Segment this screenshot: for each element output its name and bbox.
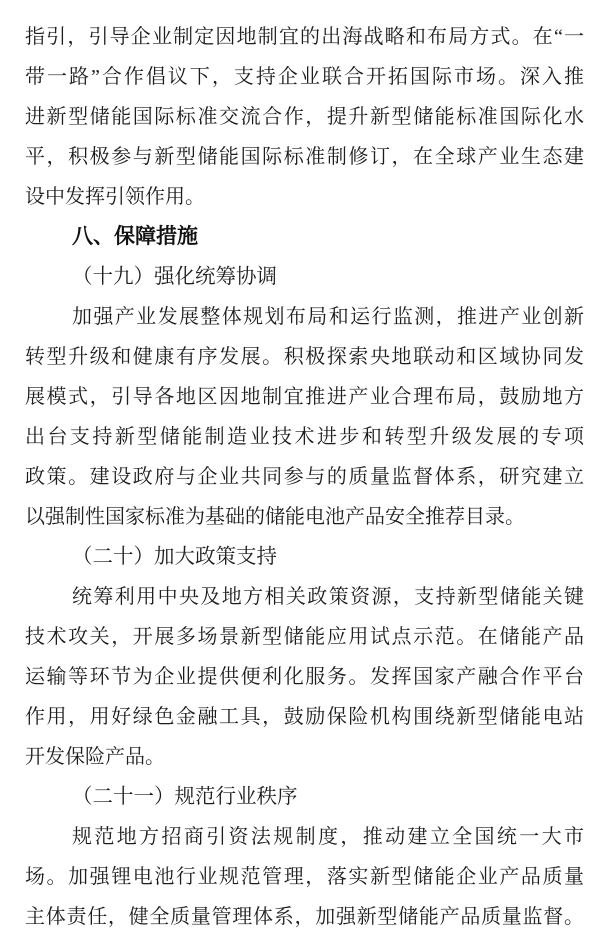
paragraph-line: 进新型储能国际标准交流合作，提升新型储能标准国际化水	[25, 97, 584, 137]
paragraph-line: 规范地方招商引资法规制度，推动建立全国统一大市	[25, 817, 584, 857]
paragraph-line: 统筹利用中央及地方相关政策资源，支持新型储能关键	[25, 577, 584, 617]
paragraph-line: 出台支持新型储能制造业技术进步和转型升级发展的专项	[25, 417, 584, 457]
paragraph-line: 场。加强锂电池行业规范管理，落实新型储能企业产品质量	[25, 857, 584, 897]
paragraph-line: 作用，用好绿色金融工具，鼓励保险机构围绕新型储能电站	[25, 697, 584, 737]
paragraph-line: 转型升级和健康有序发展。积极探索央地联动和区域协同发	[25, 337, 584, 377]
paragraph-line: 技术攻关，开展多场景新型储能应用试点示范。在储能产品	[25, 617, 584, 657]
paragraph-line: 加强产业发展整体规划布局和运行监测，推进产业创新	[25, 297, 584, 337]
paragraph-line: 开发保险产品。	[25, 737, 584, 777]
subsection-heading: （二十一）规范行业秩序	[25, 777, 584, 817]
paragraph-line: 设中发挥引领作用。	[25, 177, 584, 217]
subsection-heading: （十九）强化统筹协调	[25, 257, 584, 297]
paragraph-line: 主体责任，健全质量管理体系，加强新型储能产品质量监督。	[25, 897, 584, 937]
paragraph-line: 以强制性国家标准为基础的储能电池产品安全推荐目录。	[25, 497, 584, 537]
paragraph-line: 展模式，引导各地区因地制宜推进产业合理布局，鼓励地方	[25, 377, 584, 417]
subsection-heading: （二十）加大政策支持	[25, 537, 584, 577]
paragraph-line: 政策。建设政府与企业共同参与的质量监督体系，研究建立	[25, 457, 584, 497]
paragraph-line: 平，积极参与新型储能国际标准制修订，在全球产业生态建	[25, 137, 584, 177]
document-page: 指引，引导企业制定因地制宜的出海战略和布局方式。在“一带一路”合作倡议下，支持企…	[0, 0, 609, 946]
paragraph-line: 运输等环节为企业提供便利化服务。发挥国家产融合作平台	[25, 657, 584, 697]
section-heading: 八、保障措施	[25, 217, 584, 257]
paragraph-line: 带一路”合作倡议下，支持企业联合开拓国际市场。深入推	[25, 57, 584, 97]
paragraph-line: 指引，引导企业制定因地制宜的出海战略和布局方式。在“一	[25, 17, 584, 57]
